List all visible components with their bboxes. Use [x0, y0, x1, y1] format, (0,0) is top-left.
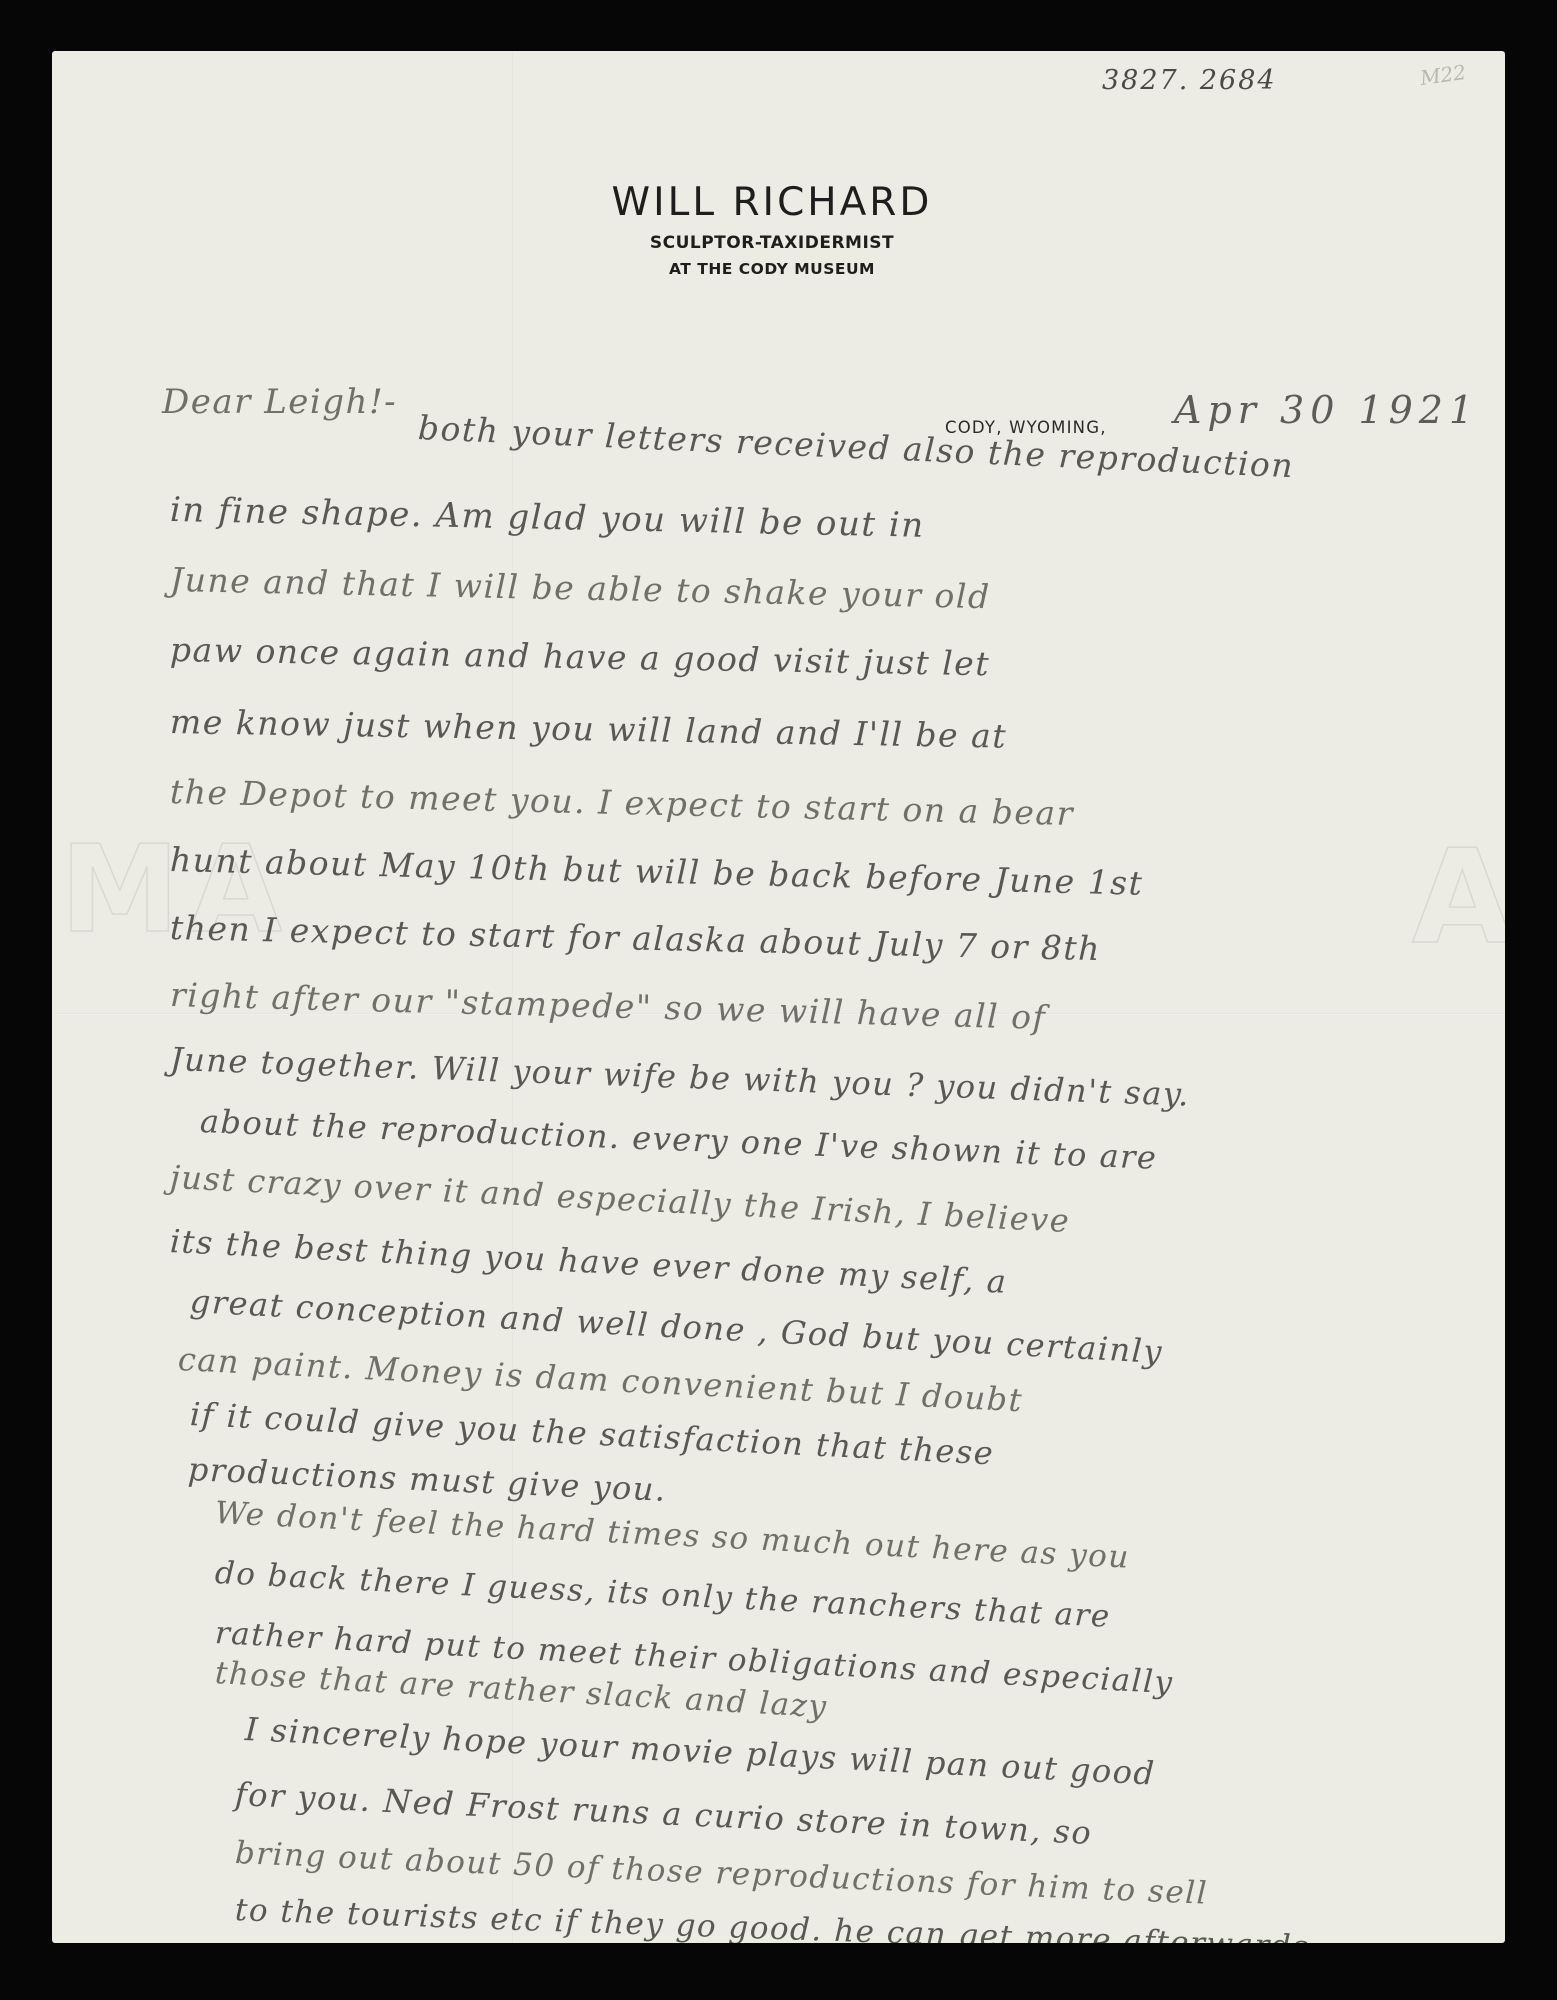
handwritten-line: June together. Will your wife be with yo… [169, 1040, 1190, 1114]
letterhead-name: WILL RICHARD [532, 181, 1012, 225]
letterhead-title: SCULPTOR-TAXIDERMIST [532, 232, 1012, 254]
handwritten-line: I sincerely hope your movie plays will p… [244, 1710, 1156, 1792]
handwritten-line: then I expect to start for alaska about … [170, 908, 1102, 968]
letterhead-subtitle: AT THE CODY MUSEUM [532, 258, 1012, 280]
letter-date: Apr 30 1921 [1174, 388, 1479, 432]
handwritten-line: June and that I will be able to shake yo… [170, 560, 991, 616]
handwritten-line: in fine shape. Am glad you will be out i… [170, 490, 925, 546]
letter-page: MA AN 3827. 2684 M22 WILL RICHARD SCULPT… [52, 51, 1505, 1943]
handwritten-line: Dear Leigh!- [162, 382, 397, 422]
catalog-number: 3827. 2684 [1102, 65, 1277, 96]
handwritten-line: me know just when you will land and I'll… [170, 702, 1008, 756]
handwritten-line: both your letters received also the repr… [417, 408, 1295, 485]
letterhead: WILL RICHARD SCULPTOR-TAXIDERMIST AT THE… [532, 181, 1012, 280]
handwritten-line: hunt about May 10th but will be back bef… [170, 840, 1144, 903]
embossed-watermark-right: AN [1412, 821, 1505, 973]
corner-mark: M22 [1419, 60, 1468, 90]
handwritten-line: right after our "stampede" so we will ha… [169, 975, 1046, 1037]
handwritten-line: paw once again and have a good visit jus… [170, 630, 991, 683]
handwritten-line: the Depot to meet you. I expect to start… [170, 772, 1075, 833]
